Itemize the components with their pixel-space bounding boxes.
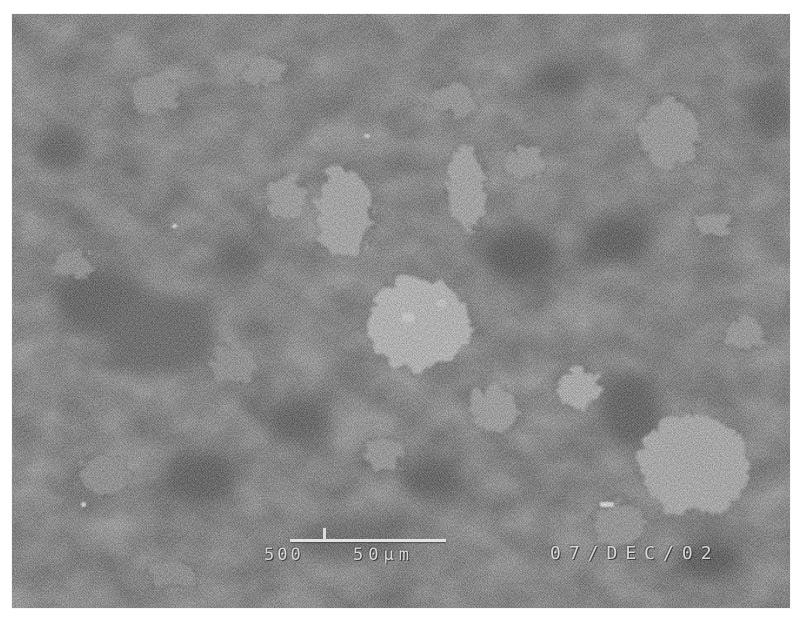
micrograph-texture [12, 14, 790, 608]
scale-bar-line [290, 539, 446, 542]
scanned-page-background: 500 50µm 07/DEC/02 [0, 0, 800, 627]
magnification-label: 500 [264, 545, 304, 565]
film-grain [12, 14, 790, 608]
date-stamp-label: 07/DEC/02 [550, 543, 720, 564]
scale-length-label: 50µm [353, 545, 414, 565]
scale-bar-tick [323, 528, 326, 540]
sem-micrograph-photo: 500 50µm 07/DEC/02 [12, 14, 790, 608]
